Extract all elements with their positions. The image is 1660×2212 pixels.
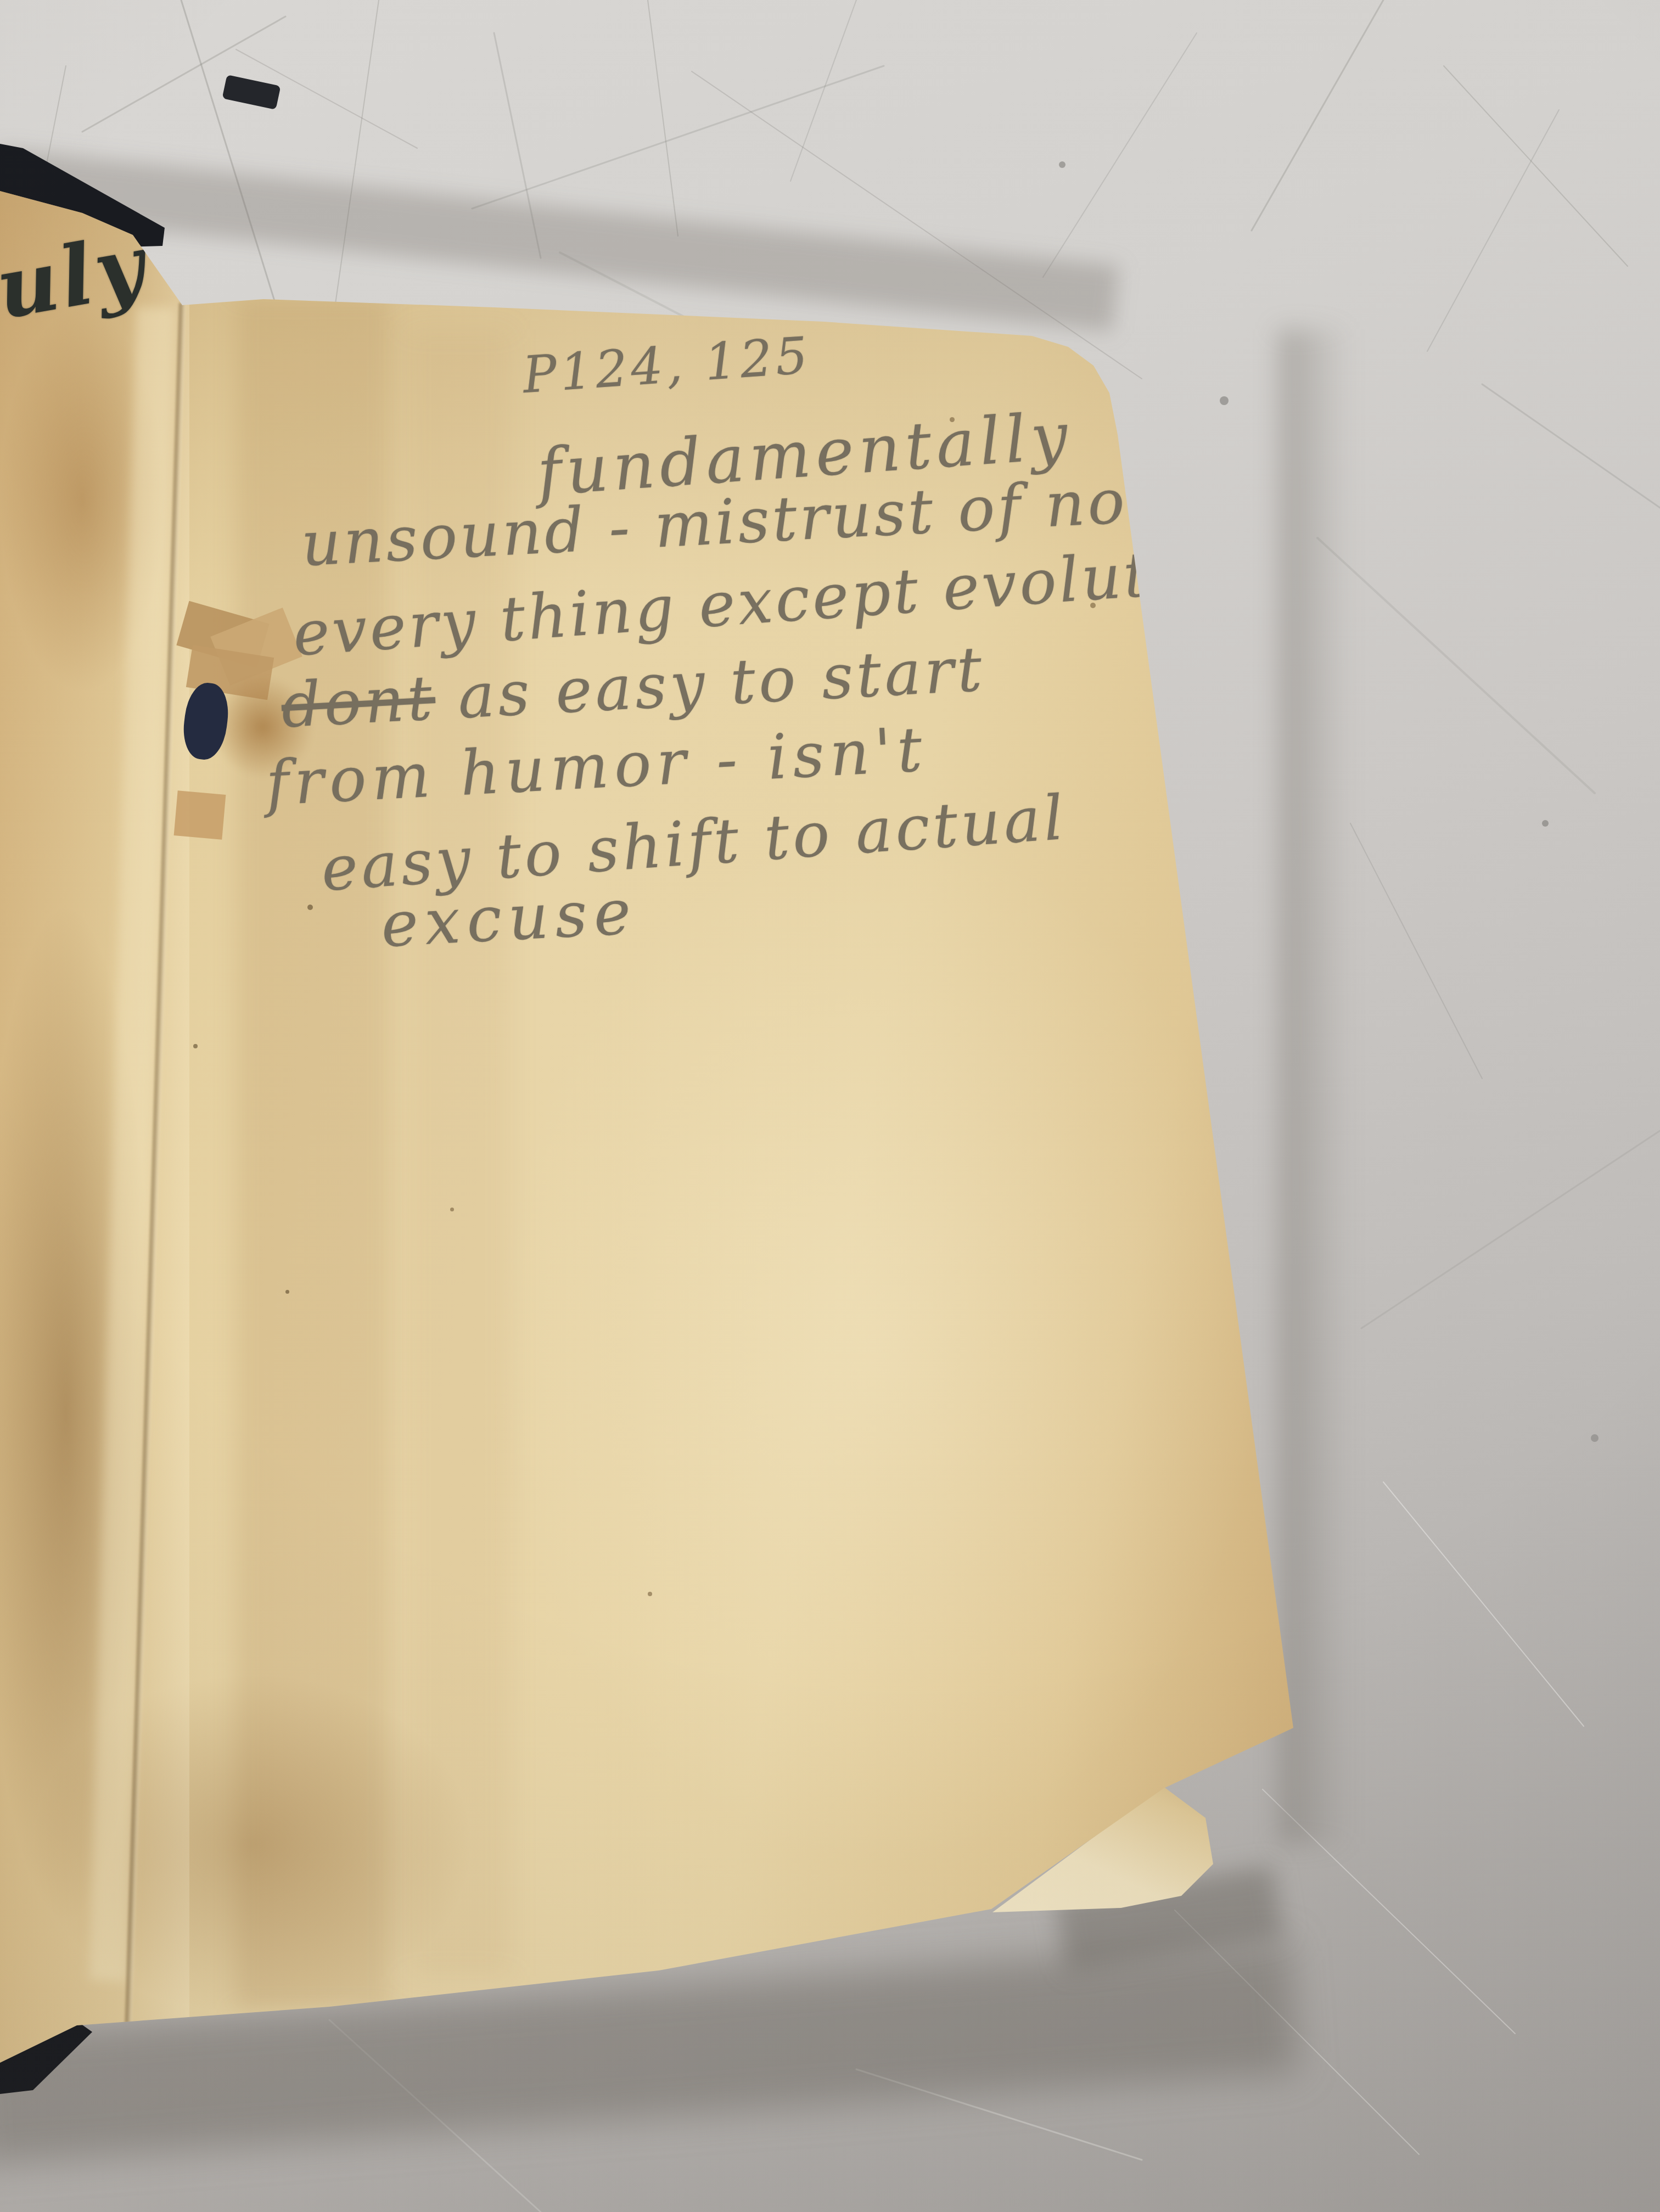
pencil-note-line: excuse <box>379 875 639 961</box>
page-freckle <box>450 1208 454 1211</box>
page-shadow-right <box>1279 329 1361 1844</box>
page-freckle <box>950 417 955 422</box>
speck <box>285 1290 289 1294</box>
pencil-struck-word: dont <box>279 663 437 742</box>
speck <box>193 1044 198 1048</box>
page-freckle <box>648 1592 652 1596</box>
speck <box>307 905 313 910</box>
page-highlight <box>494 823 1263 1866</box>
tape-remnant <box>174 790 226 839</box>
photo-of-open-book: July '57 P124, 125 fundamentally unsound… <box>0 0 1660 2212</box>
page-freckle <box>1090 603 1096 608</box>
page-stain-band <box>406 329 511 1976</box>
